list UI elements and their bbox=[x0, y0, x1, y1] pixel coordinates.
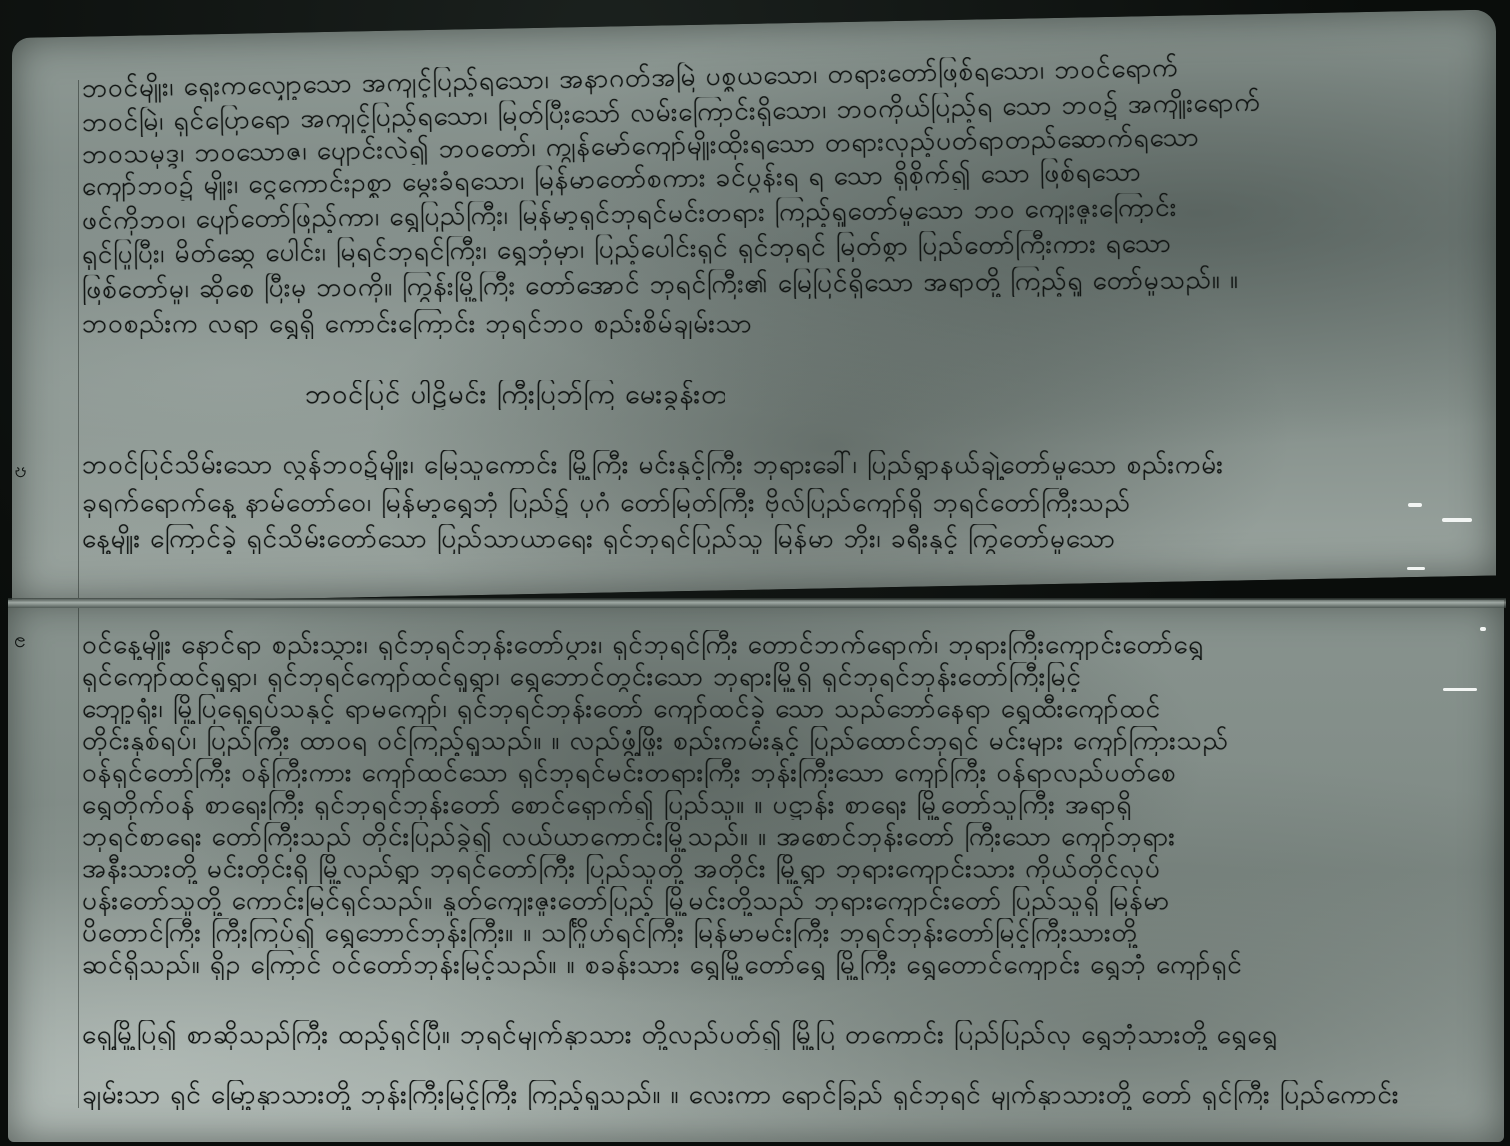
text-line: ချမ်းသာ ရှင် မြော့နှာသားတို့ ဘုန်းကြီးမြ… bbox=[82, 1080, 1482, 1110]
text-line: ဘဝစည်းက လရာ ရွှေရှိ ကောင်းကြောင်း ဘုရင်ဘ… bbox=[82, 309, 762, 339]
text-line: ဘုရင်စာရေး တော်ကြီးသည် တိုင်းပြည်ခွဲ၍ လယ… bbox=[82, 822, 1472, 852]
text-line: ဘဝင်ပြင်သိမ်းသော လွန်ဘဝ၌မျိုး၊ မြေသူကောင… bbox=[82, 450, 1472, 480]
top-margin-rule bbox=[78, 80, 79, 598]
text-line: ဝန်ရှင်တော်ကြီး ဝန်ကြီးကား ကျော်ထင်သော ရ… bbox=[82, 758, 1462, 788]
bottom-folio-margin-mark: ၔ bbox=[14, 625, 26, 658]
scratch-mark bbox=[1480, 627, 1486, 631]
scratch-mark bbox=[1408, 503, 1422, 507]
text-line: ပိတောင်ကြီး ကြီးကြပ်၍ ရွှေဘောင်ဘုန်းကြီး… bbox=[82, 918, 1472, 948]
section-heading: ဘဝင်ပြင် ပါဠိမင်း ကြီးပြဘ်ကြ မေးခွန်းတည်… bbox=[305, 380, 725, 410]
scratch-mark bbox=[1443, 688, 1477, 691]
text-line: အနီးသားတို့ မင်းတိုင်းရှိ မြို့လည်ရွာ ဘု… bbox=[82, 854, 1472, 884]
text-line: ဘျော့ရုံး၊ မြို့ပြရှေ့ရပ်သနှင့် ရာမကျော်… bbox=[82, 694, 1422, 724]
fold-line bbox=[8, 598, 1506, 608]
text-line: ဝင်နေ့မျိုး နောင်ရာ စည်းသွား၊ ရှင်ဘုရင်ဘ… bbox=[82, 630, 1412, 660]
top-folio-margin-mark: ၓ bbox=[14, 455, 28, 488]
text-line: နေ့မျိုး ကြောင်ခဲ့ ရှင်သိမ်းတော်သော ပြည်… bbox=[82, 524, 1382, 554]
bottom-margin-rule bbox=[78, 608, 79, 1108]
scratch-mark bbox=[1442, 518, 1472, 522]
text-line: ရွှေတိုက်ဝန် စာရေးကြီး ရှင်ဘုရင်ဘုန်းတော… bbox=[82, 790, 1472, 820]
text-line: ခုရက်ရောက်နေ့ နာမ်တော်ဝေ၊ မြန်မာ့ရွှေဘုံ… bbox=[82, 488, 1472, 518]
text-line: ဆင်ရှိသည်။ ရှိဥ ကြောင် ဝင်တော်ဘုန်းမြင့်… bbox=[82, 950, 1482, 980]
text-line: ရှင်ကျော်ထင်ရှုရွာ၊ ရှင်ဘုရင်ကျော်ထင်ရှု… bbox=[82, 662, 1422, 692]
text-line: တိုင်းနှစ်ရပ်၊ ပြည်ကြီး ထာဝရ ဝင်ကြည့်ရှု… bbox=[82, 726, 1442, 756]
text-line: ပန်းတော်သူတို့ ကောင်းမြင်ရှင်သည်။ နှုတ်က… bbox=[82, 886, 1472, 916]
scratch-mark bbox=[1407, 567, 1425, 570]
text-line: ရှေ့မြို့ပြ၍ စာဆိုသည်ကြီး ထည့်ရှင်ပြီ။ ဘ… bbox=[82, 1020, 1482, 1050]
